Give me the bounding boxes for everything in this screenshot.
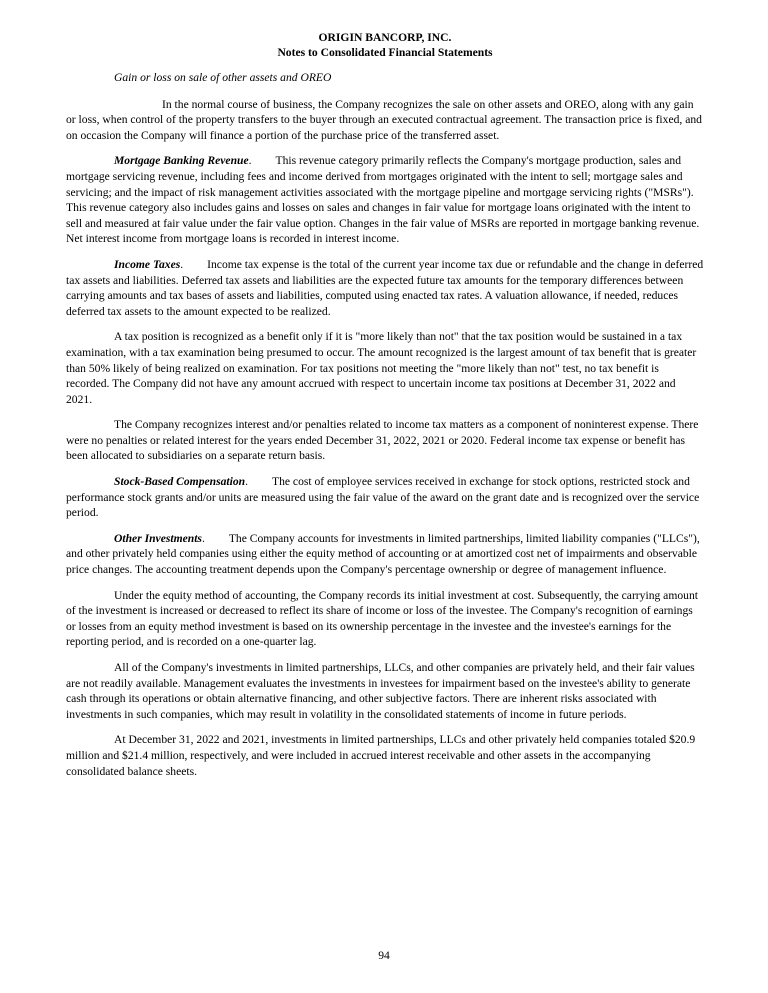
- heading-mortgage-banking: Mortgage Banking Revenue: [114, 154, 249, 167]
- paragraph-other-investments: Other Investments.The Company accounts f…: [66, 531, 704, 578]
- document-subtitle: Notes to Consolidated Financial Statemen…: [66, 45, 704, 60]
- paragraph-stock-comp: Stock-Based Compensation.The cost of emp…: [66, 474, 704, 521]
- paragraph-tax-penalties: The Company recognizes interest and/or p…: [66, 417, 704, 464]
- paragraph-mortgage-banking: Mortgage Banking Revenue.This revenue ca…: [66, 153, 704, 247]
- page-number: 94: [0, 948, 768, 964]
- paragraph-equity-method: Under the equity method of accounting, t…: [66, 588, 704, 650]
- paragraph-tax-position: A tax position is recognized as a benefi…: [66, 329, 704, 407]
- heading-other-investments: Other Investments: [114, 532, 202, 545]
- paragraph-investment-totals: At December 31, 2022 and 2021, investmen…: [66, 732, 704, 779]
- paragraph-income-taxes: Income Taxes.Income tax expense is the t…: [66, 257, 704, 319]
- section-heading-gain-loss: Gain or loss on sale of other assets and…: [66, 70, 704, 86]
- company-name: ORIGIN BANCORP, INC.: [66, 30, 704, 45]
- heading-income-taxes: Income Taxes: [114, 258, 180, 271]
- paragraph-private-investments: All of the Company's investments in limi…: [66, 660, 704, 722]
- heading-stock-comp: Stock-Based Compensation: [114, 475, 245, 488]
- paragraph-gain-loss: In the normal course of business, the Co…: [66, 97, 704, 144]
- document-page: ORIGIN BANCORP, INC. Notes to Consolidat…: [66, 30, 704, 779]
- text-mortgage-banking: This revenue category primarily reflects…: [66, 154, 699, 245]
